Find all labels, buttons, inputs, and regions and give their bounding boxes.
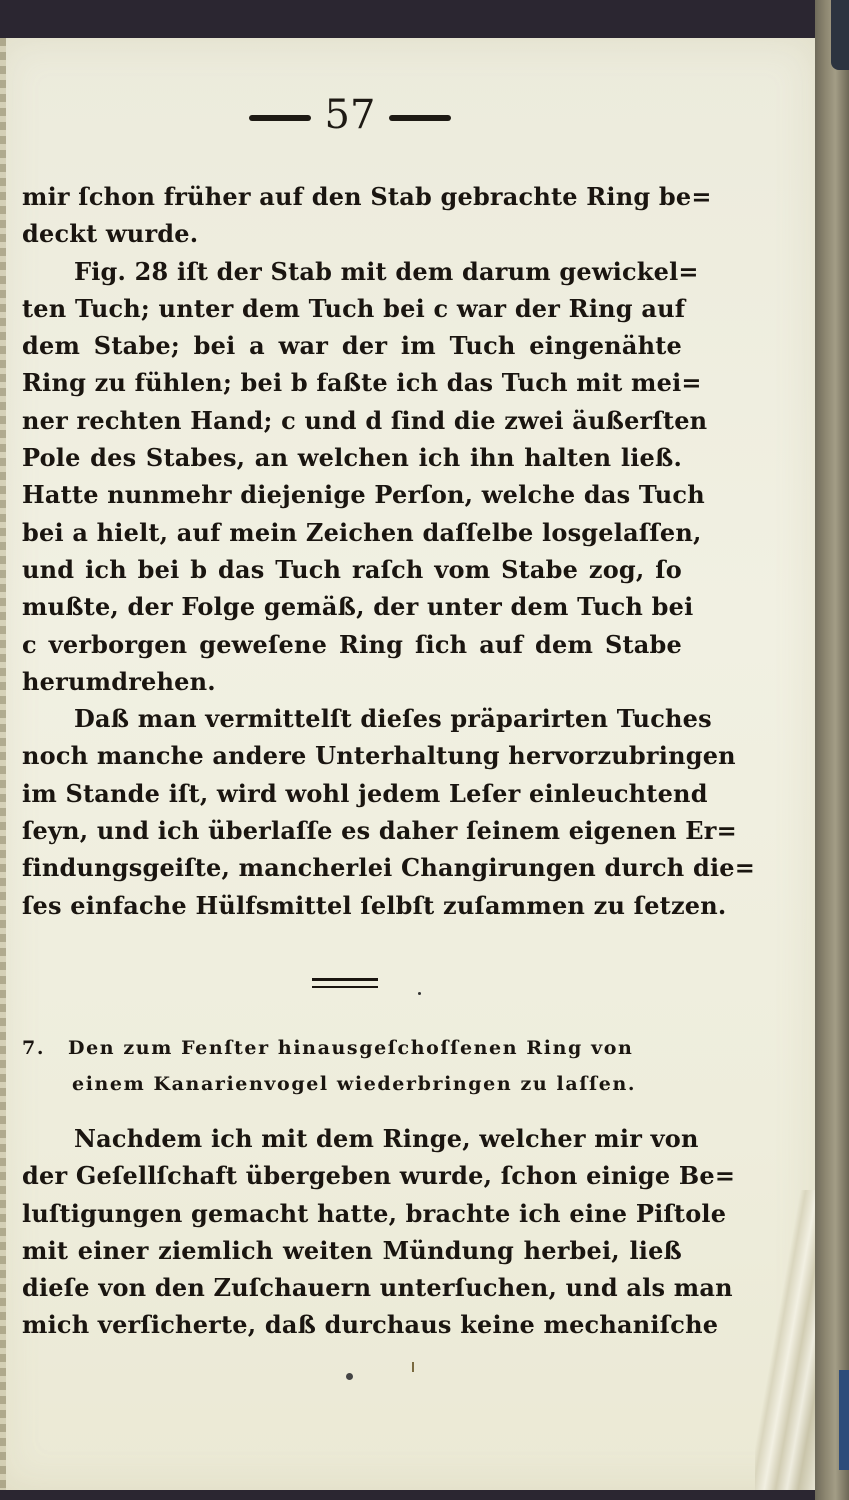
left-dash-ornament [249,115,311,121]
ink-blot [346,1373,353,1380]
text-line: c verborgen geweſene Ring ſich auf dem S… [22,626,682,663]
section-heading: 7.Den zum Fenſter hinausgeſchoſſenen Rin… [22,1030,682,1102]
ink-speck [418,992,421,995]
page-fore-edge [755,1190,815,1490]
text-line: ſeyn, und ich überlaſſe es daher ſeinem … [22,812,682,849]
text-line: bei a hielt, auf mein Zeichen daſſelbe l… [22,514,682,551]
text-line: mit einer ziemlich weiten Mündung herbei… [22,1232,682,1269]
right-dash-ornament [389,115,451,121]
body-text-top: mir ſchon früher auf den Stab gebrachte … [22,178,682,924]
ink-mark [412,1362,414,1372]
book-scan: 57 mir ſchon früher auf den Stab gebrach… [0,0,849,1500]
body-text-bottom: Nachdem ich mit dem Ringe, welcher mir v… [22,1120,682,1344]
book-spine [815,0,849,1500]
text-line: ten Tuch; unter dem Tuch bei c war der R… [22,290,682,327]
text-line: Nachdem ich mit dem Ringe, welcher mir v… [22,1120,682,1157]
text-line: Ring zu fühlen; bei b faßte ich das Tuch… [22,364,682,401]
text-line: dieſe von den Zuſchauern unterſuchen, un… [22,1269,682,1306]
text-line: Daß man vermittelſt dieſes präparirten T… [22,700,682,737]
text-line: findungsgeiſte, mancherlei Changirungen … [22,849,682,886]
text-line: im Stande iſt, wird wohl jedem Leſer ein… [22,775,682,812]
section-title-line1: Den zum Fenſter hinausgeſchoſſenen Ring … [68,1037,633,1059]
text-line: Hatte nunmehr diejenige Perſon, welche d… [22,476,682,513]
page-header: 57 [0,92,700,138]
text-line: der Geſellſchaft übergeben wurde, ſchon … [22,1157,682,1194]
text-line: ner rechten Hand; c und d ſind die zwei … [22,402,682,439]
text-line: mußte, der Folge gemäß, der unter dem Tu… [22,588,682,625]
page-number: 57 [325,92,376,138]
text-line: und ich bei b das Tuch raſch vom Stabe z… [22,551,682,588]
text-line: mir ſchon früher auf den Stab gebrachte … [22,178,682,215]
text-line: dem Stabe; bei a war der im Tuch eingenä… [22,327,682,364]
section-divider-rule [312,978,378,988]
section-title-line2: einem Kanarienvogel wiederbringen zu laſ… [22,1066,682,1102]
text-line: luſtigungen gemacht hatte, brachte ich e… [22,1195,682,1232]
text-line: ſes einfache Hülfsmittel ſelbſt zuſammen… [22,887,682,924]
text-line: noch manche andere Unterhaltung hervorzu… [22,737,682,774]
text-line: Pole des Stabes, an welchen ich ihn halt… [22,439,682,476]
text-line: Fig. 28 iſt der Stab mit dem darum gewic… [22,253,682,290]
text-line: deckt wurde. [22,215,682,252]
section-number: 7. [22,1030,68,1066]
text-line: herumdrehen. [22,663,682,700]
text-line: mich verſicherte, daß durchaus keine mec… [22,1306,682,1343]
